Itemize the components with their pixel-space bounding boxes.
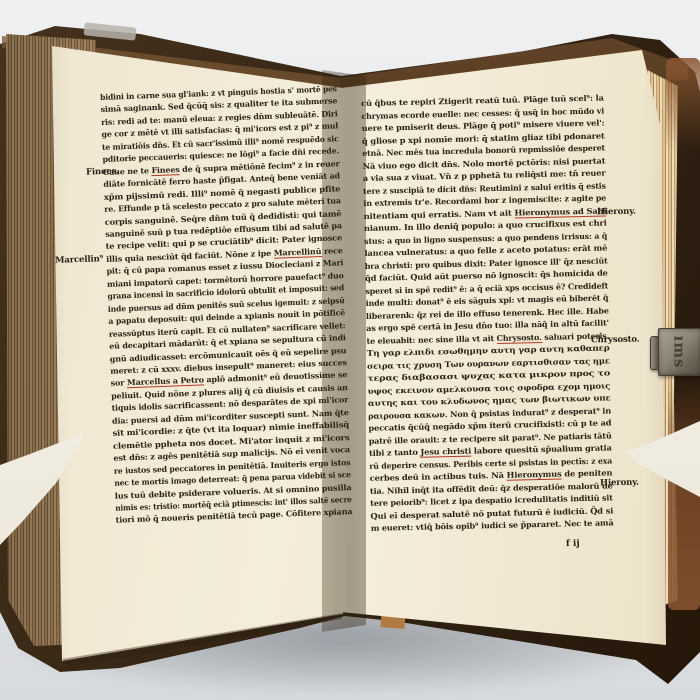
leather-russet-wear-bottom bbox=[668, 380, 700, 610]
leather-russet-wear-top bbox=[666, 58, 700, 150]
clasp-engraving: ıms bbox=[671, 335, 689, 368]
metal-clasp: ıms bbox=[658, 328, 700, 376]
margin-note-finees: Finees. bbox=[86, 166, 119, 177]
photo-of-open-incunable: bidini in carne sua gl'iank: z vt pingui… bbox=[0, 0, 700, 700]
quire-signature: f ij bbox=[566, 539, 580, 549]
right-page-text: cū q̄bus te repiri Ztigerit reatū tuū. P… bbox=[361, 92, 614, 535]
margin-note-marcellinus: Marcellin⁹ bbox=[55, 254, 103, 266]
margin-note-chrysostomus: Chrysosto. bbox=[591, 335, 640, 346]
margin-note-hieronymus-1: Hierony. bbox=[597, 207, 636, 218]
left-page-text: bidini in carne sua gl'iank: z vt pingui… bbox=[100, 83, 353, 527]
margin-note-hieronymus-2: Hierony. bbox=[600, 478, 639, 489]
